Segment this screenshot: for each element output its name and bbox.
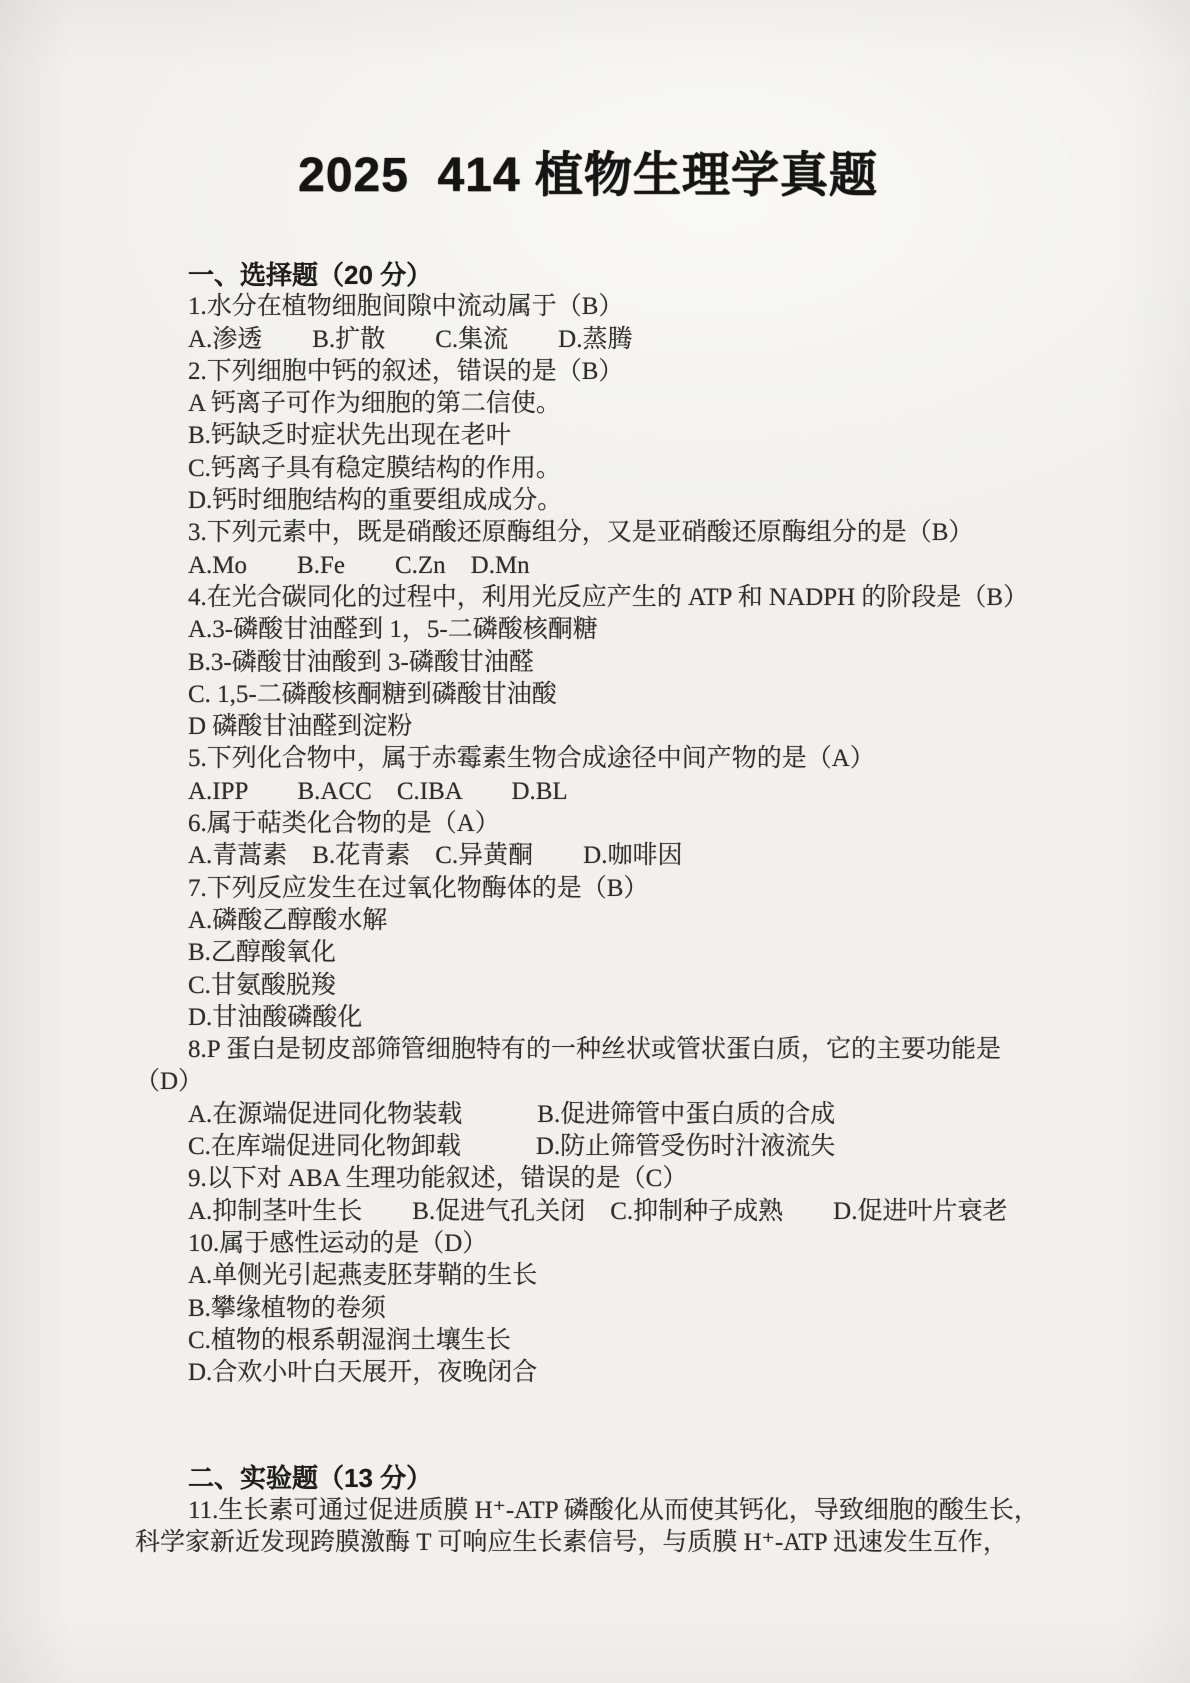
exam-line: A.单侧光引起燕麦胚芽鞘的生长	[135, 1260, 1145, 1292]
exam-line: 8.P 蛋白是韧皮部筛管细胞特有的一种丝状或管状蛋白质，它的主要功能是	[135, 1034, 1145, 1066]
section-heading: 二、实验题（13 分）	[135, 1462, 1145, 1494]
exam-line: 4.在光合碳同化的过程中，利用光反应产生的 ATP 和 NADPH 的阶段是（B…	[135, 582, 1145, 614]
exam-line: 2.下列细胞中钙的叙述，错误的是（B）	[135, 356, 1145, 388]
exam-line: （D）	[135, 1066, 1145, 1098]
exam-line: C.甘氨酸脱羧	[135, 970, 1145, 1002]
exam-line: B.乙醇酸氧化	[135, 937, 1145, 969]
exam-section: 一、选择题（20 分） 1.水分在植物细胞间隙中流动属于（B）A.渗透 B.扩散…	[135, 259, 1145, 1389]
exam-line: C.钙离子具有稳定膜结构的作用。	[135, 453, 1145, 485]
exam-line: B.钙缺乏时症状先出现在老叶	[135, 420, 1145, 452]
exam-line: B.攀缘植物的卷须	[135, 1293, 1145, 1325]
exam-line: 9.以下对 ABA 生理功能叙述，错误的是（C）	[135, 1163, 1145, 1195]
exam-content: 一、选择题（20 分） 1.水分在植物细胞间隙中流动属于（B）A.渗透 B.扩散…	[135, 259, 1145, 1559]
page-title: 2025 414 植物生理学真题	[298, 148, 878, 204]
exam-line: B.3-磷酸甘油酸到 3-磷酸甘油醛	[135, 647, 1145, 679]
exam-line: A.3-磷酸甘油醛到 1，5-二磷酸核酮糖	[135, 614, 1145, 646]
exam-line: D.钙时细胞结构的重要组成成分。	[135, 485, 1145, 517]
exam-line: A.抑制茎叶生长 B.促进气孔关闭 C.抑制种子成熟 D.促进叶片衰老	[135, 1196, 1145, 1228]
exam-line: 6.属于萜类化合物的是（A）	[135, 808, 1145, 840]
exam-line: D.甘油酸磷酸化	[135, 1002, 1145, 1034]
exam-line: A.磷酸乙醇酸水解	[135, 905, 1145, 937]
exam-page: 2025 414 植物生理学真题 一、选择题（20 分） 1.水分在植物细胞间隙…	[0, 0, 1190, 1683]
exam-line: D.合欢小叶白天展开，夜晚闭合	[135, 1357, 1145, 1389]
exam-line: A.青蒿素 B.花青素 C.异黄酮 D.咖啡因	[135, 840, 1145, 872]
exam-line: A 钙离子可作为细胞的第二信使。	[135, 388, 1145, 420]
exam-line: 科学家新近发现跨膜激酶 T 可响应生长素信号，与质膜 H⁺-ATP 迅速发生互作…	[135, 1527, 1145, 1559]
exam-line: 1.水分在植物细胞间隙中流动属于（B）	[135, 291, 1145, 323]
exam-line: 7.下列反应发生在过氧化物酶体的是（B）	[135, 873, 1145, 905]
exam-line: 10.属于感性运动的是（D）	[135, 1228, 1145, 1260]
exam-line: C.在库端促进同化物卸载 D.防止筛管受伤时汁液流失	[135, 1131, 1145, 1163]
exam-line: C.植物的根系朝湿润土壤生长	[135, 1325, 1145, 1357]
exam-section: 二、实验题（13 分） 11.生长素可通过促进质膜 H⁺-ATP 磷酸化从而使其…	[135, 1462, 1145, 1559]
exam-line: 3.下列元素中，既是硝酸还原酶组分，又是亚硝酸还原酶组分的是（B）	[135, 517, 1145, 549]
exam-line: 11.生长素可通过促进质膜 H⁺-ATP 磷酸化从而使其钙化，导致细胞的酸生长，	[135, 1495, 1145, 1527]
exam-line: D 磷酸甘油醛到淀粉	[135, 711, 1145, 743]
exam-line: A.Mo B.Fe C.Zn D.Mn	[135, 550, 1145, 582]
exam-line: A.IPP B.ACC C.IBA D.BL	[135, 776, 1145, 808]
exam-line: 5.下列化合物中，属于赤霉素生物合成途径中间产物的是（A）	[135, 743, 1145, 775]
exam-line: A.在源端促进同化物装载 B.促进筛管中蛋白质的合成	[135, 1099, 1145, 1131]
section-heading: 一、选择题（20 分）	[135, 259, 1145, 291]
exam-line: A.渗透 B.扩散 C.集流 D.蒸腾	[135, 324, 1145, 356]
exam-line: C. 1,5-二磷酸核酮糖到磷酸甘油酸	[135, 679, 1145, 711]
